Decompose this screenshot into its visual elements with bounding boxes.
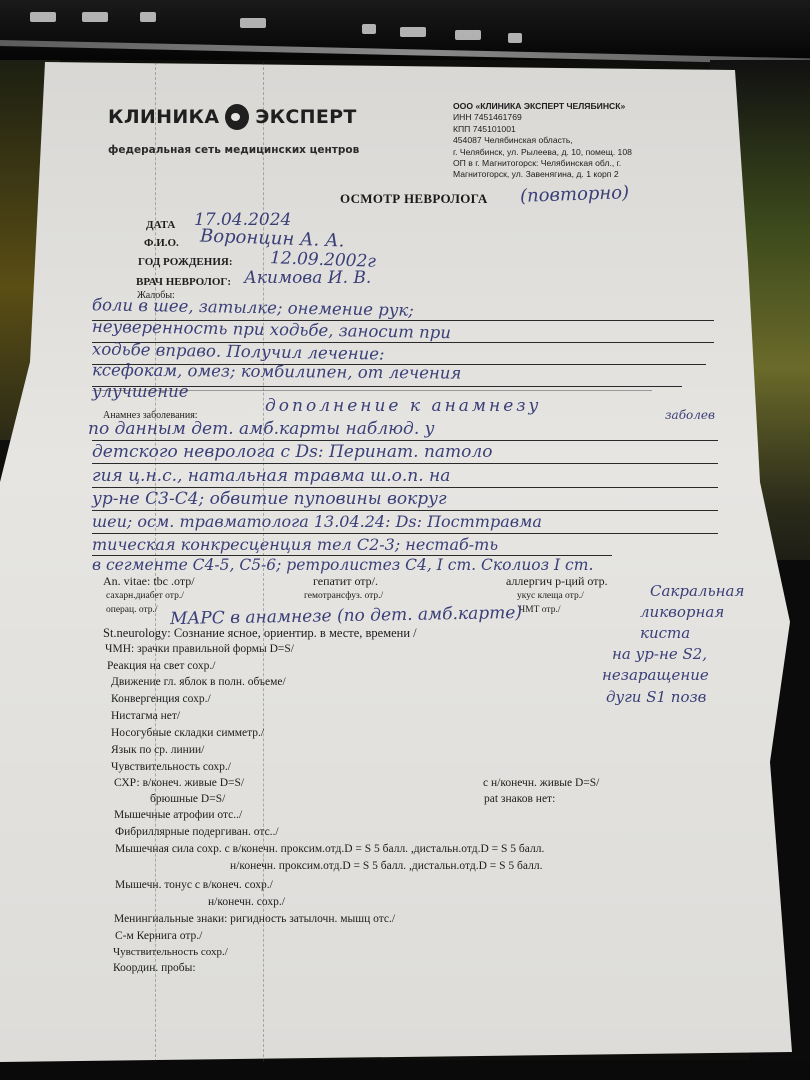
status-right-2: pat знаков нет:	[484, 793, 555, 805]
status-line-10: СХР: в/конеч. живые D=S/	[114, 777, 244, 789]
vitae-tbc: An. vitae: tbc .отр/	[103, 574, 195, 589]
company-name: ООО «КЛИНИКА ЭКСПЕРТ ЧЕЛЯБИНСК»	[453, 101, 632, 112]
side-note-3: киста	[640, 624, 690, 642]
underline	[92, 440, 718, 441]
status-line-21: Координ. пробы:	[113, 962, 196, 974]
anamnesis-line-5: шеи; осм. травматолога 13.04.24: Ds: Пос…	[92, 512, 542, 531]
title-note: (повторно)	[520, 182, 630, 207]
anamnesis-line-0: дополнение к анамнезу	[265, 396, 541, 416]
date-label: ДАТА	[146, 219, 175, 231]
company-address-4: Магнитогорск, ул. Завенягина, д. 1 корп …	[453, 169, 632, 180]
status-line-17: н/конечн. сохр./	[208, 896, 285, 908]
company-address-1: 454087 Челябинская область,	[453, 135, 632, 146]
status-line-16: Мышечн. тонус с в/конеч. сохр./	[115, 879, 273, 891]
side-note-5: незаращение	[602, 666, 709, 684]
vitae-hepatitis: гепатит отр/.	[313, 574, 378, 589]
underline	[92, 510, 718, 511]
side-note-4: на ур-не S2,	[612, 645, 707, 663]
brand-right: ЭКСПЕРТ	[255, 106, 356, 128]
logo-mark-icon	[225, 104, 249, 130]
anamnesis-line-6: тическая конкресценция тел С2-3; нестаб-…	[92, 535, 498, 554]
keyboard-key	[455, 30, 481, 40]
doctor-label: ВРАЧ НЕВРОЛОГ:	[136, 276, 231, 288]
side-note-1: Сакральная	[650, 582, 744, 600]
side-note-6: дуги S1 позв	[606, 688, 706, 706]
status-line-11: брюшные D=S/	[150, 793, 225, 805]
keyboard-key	[362, 24, 376, 34]
status-line-20: Чувствительность сохр./	[113, 946, 228, 958]
keyboard-key	[82, 12, 108, 22]
company-address-3: ОП в г. Магнитогорск: Челябинская обл., …	[453, 158, 632, 169]
company-address-2: г. Челябинск, ул. Рылеева, д. 10, помещ.…	[453, 147, 632, 158]
vitae-allergy: аллергич р-ций отр.	[506, 574, 608, 589]
keyboard-key	[400, 27, 426, 37]
doctor-value: Акимова И. В.	[244, 268, 371, 288]
underline	[92, 487, 718, 488]
status-line-8: Язык по ср. линии/	[111, 744, 204, 756]
clinic-tagline: федеральная сеть медицинских центров	[108, 144, 359, 156]
complaints-line-5: улучшение	[92, 382, 189, 401]
status-line-9: Чувствительность сохр./	[111, 761, 231, 773]
side-note-2: ликворная	[640, 603, 724, 621]
vitae-tick: укус клеща отр./	[517, 591, 584, 601]
background-bottom	[0, 1060, 810, 1080]
anamnesis-line-0b: заболев	[665, 408, 715, 422]
status-line-6: Нистагма нет/	[111, 710, 180, 722]
company-inn: ИНН 7451461769	[453, 112, 632, 123]
underline	[92, 390, 652, 391]
anamnesis-line-4: ур-не С3-С4; обвитие пуповины вокруг	[92, 489, 447, 509]
keyboard-key	[30, 12, 56, 22]
status-line-5: Конвергенция сохр./	[111, 693, 211, 705]
underline	[92, 463, 718, 464]
company-kpp: КПП 745101001	[453, 124, 632, 135]
vitae-transfusion: гемотрансфуз. отр./	[304, 591, 383, 601]
status-line-4: Движение гл. яблок в полн. объеме/	[111, 676, 286, 688]
status-line-1: St.neurology: Сознание ясное, ориентир. …	[103, 626, 417, 641]
status-line-12: Мышечные атрофии отс../	[114, 809, 242, 821]
status-line-13: Фибриллярные подергиван. отс../	[115, 826, 279, 838]
anamnesis-line-1: по данным дет. амб.карты наблюд. у	[88, 419, 435, 439]
underline	[92, 533, 718, 534]
birth-label: ГОД РОЖДЕНИЯ:	[138, 256, 233, 268]
keyboard-key	[508, 33, 522, 43]
status-line-18: Менингиальные знаки: ригидность затылочн…	[114, 913, 395, 925]
status-line-15: н/конечн. проксим.отд.D = S 5 балл. ,дис…	[230, 860, 542, 872]
vitae-diabetes: сахарн.диабет отр./	[106, 591, 184, 601]
name-label: Ф.И.О.	[144, 237, 179, 249]
keyboard-key	[140, 12, 156, 22]
form-title: ОСМОТР НЕВРОЛОГА	[340, 191, 488, 207]
company-details: ООО «КЛИНИКА ЭКСПЕРТ ЧЕЛЯБИНСК» ИНН 7451…	[453, 101, 632, 181]
clinic-logo: КЛИНИКА ЭКСПЕРТ	[108, 104, 357, 130]
status-line-2: ЧМН: зрачки правильной формы D=S/	[105, 643, 294, 655]
vitae-tbi: ЧМТ отр./	[519, 605, 560, 615]
status-line-14: Мышечная сила сохр. с в/конечн. проксим.…	[115, 843, 544, 855]
anamnesis-line-7: в сегменте С4-5, С5-6; ретролистез С4, I…	[92, 556, 593, 574]
complaints-line-4: ксефокам, омез; комбилипен, от лечения	[92, 360, 461, 382]
vitae-operations: операц. отр./	[106, 605, 158, 615]
brand-left: КЛИНИКА	[108, 106, 219, 128]
status-line-7: Носогубные складки симметр./	[111, 727, 264, 739]
keyboard-key	[240, 18, 266, 28]
anamnesis-line-2: детского невролога с Ds: Перинат. патоло	[92, 442, 492, 462]
status-line-19: С-м Кернига отр./	[115, 930, 202, 942]
status-right-1: с н/конечн. живые D=S/	[483, 777, 599, 789]
status-line-3: Реакция на свет сохр./	[107, 660, 215, 672]
anamnesis-line-3: гия ц.н.с., натальная травма ш.о.п. на	[92, 466, 450, 486]
